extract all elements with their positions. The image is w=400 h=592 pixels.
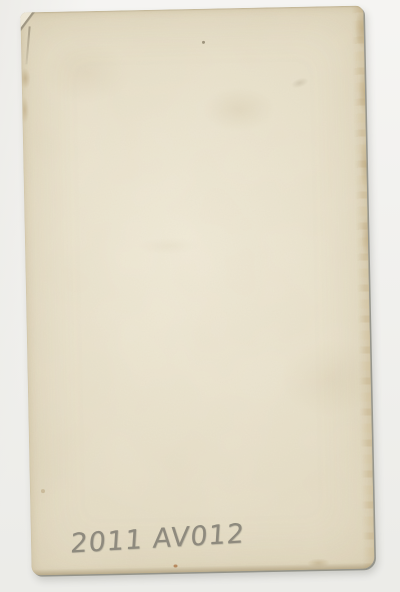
paper-blotch-texture <box>20 6 374 576</box>
handwritten-note: 2011 AV012 <box>69 518 246 559</box>
photo-card-back: 2011 AV012 <box>20 6 374 576</box>
worn-bottom-edge <box>32 563 375 576</box>
stain <box>41 489 45 493</box>
left-edge-stain <box>21 64 34 134</box>
paper-grain-texture <box>20 6 374 576</box>
worn-right-edge-top <box>349 6 369 296</box>
corner-crease <box>20 12 42 32</box>
stain <box>285 71 315 95</box>
stain <box>202 41 205 44</box>
backdrop: 2011 AV012 <box>0 0 400 592</box>
